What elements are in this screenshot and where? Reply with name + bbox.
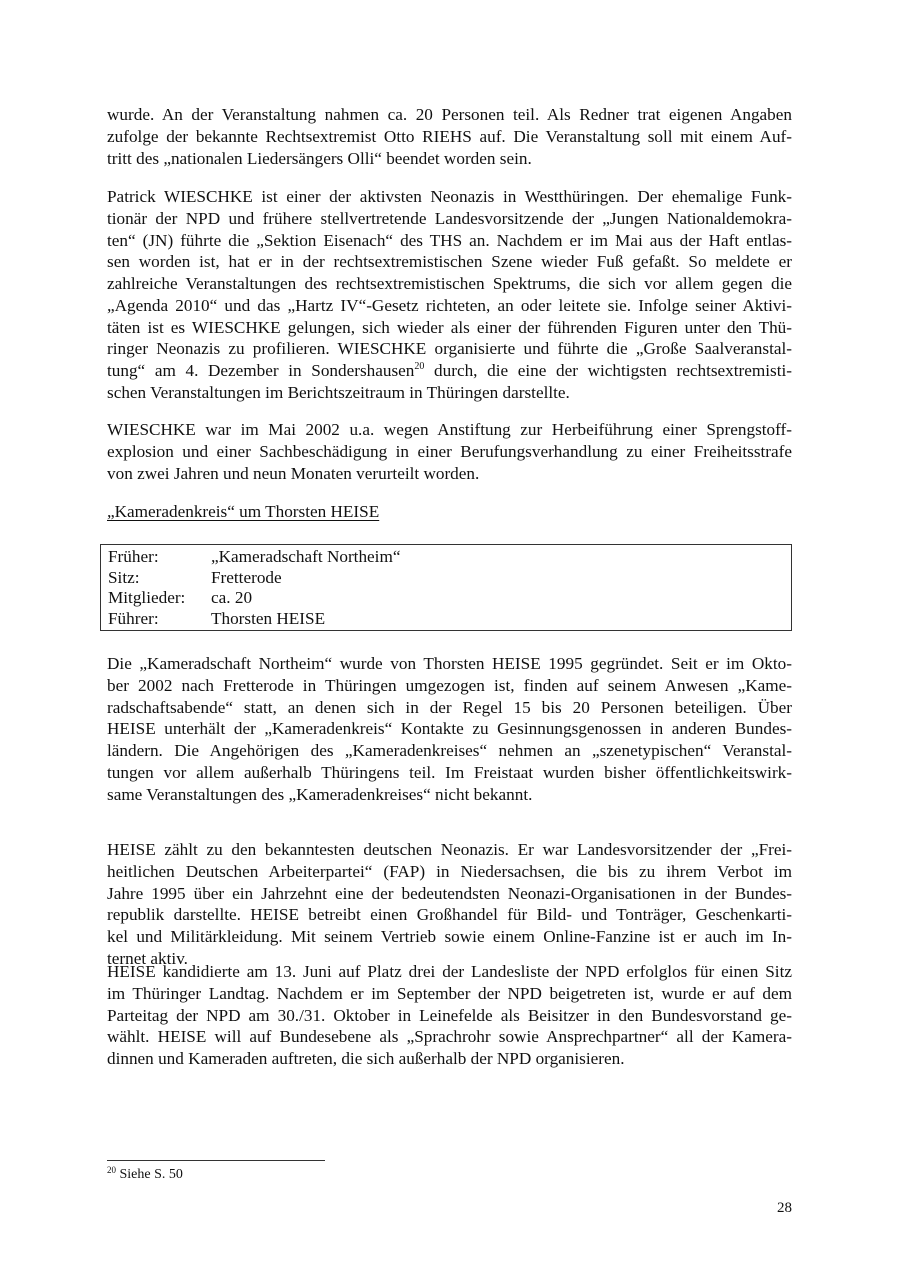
text-line: schen Veranstaltungen im Berichtszeitrau…: [107, 382, 792, 404]
text-line: im Thüringer Landtag. Nachdem er im Sept…: [107, 983, 792, 1005]
paragraph-kameradschaft-northeim: Die „Kameradschaft Northeim“ wurde von T…: [107, 653, 792, 805]
text-line: same Veranstaltungen des „Kameradenkreis…: [107, 784, 792, 806]
info-row-frueher: Früher: „Kameradschaft Northeim“: [108, 547, 791, 568]
text-line: wurde. An der Veranstaltung nahmen ca. 2…: [107, 104, 792, 126]
footnote-text: Siehe S. 50: [120, 1167, 183, 1182]
info-value: Fretterode: [211, 568, 791, 589]
footnote-number: 20: [107, 1165, 116, 1175]
text-line: ländern. Die Angehörigen des „Kameradenk…: [107, 740, 792, 762]
info-value: Thorsten HEISE: [211, 609, 791, 630]
text-line: ten“ (JN) führte die „Sektion Eisenach“ …: [107, 230, 792, 252]
text-line: Parteitag der NPD am 30./31. Oktober in …: [107, 1005, 792, 1027]
info-value: „Kameradschaft Northeim“: [211, 547, 791, 568]
text-line: Jahre 1995 über ein Jahrzehnt eine der b…: [107, 883, 792, 905]
info-key: Führer:: [108, 609, 211, 630]
page-number: 28: [777, 1198, 792, 1218]
text-line: dinnen und Kameraden auftreten, die sich…: [107, 1048, 792, 1070]
info-value: ca. 20: [211, 588, 791, 609]
footnote-separator: [107, 1160, 325, 1161]
text-line: zahlreiche Veranstaltungen des rechtsext…: [107, 273, 792, 295]
text-line: republik darstellte. HEISE betreibt eine…: [107, 904, 792, 926]
info-key: Früher:: [108, 547, 211, 568]
footnote-reference[interactable]: 20: [414, 361, 424, 372]
paragraph-heise-candidacy: HEISE kandidierte am 13. Juni auf Platz …: [107, 961, 792, 1070]
text-line: wählt. HEISE will auf Bundesebene als „S…: [107, 1026, 792, 1048]
text-line: täten ist es WIESCHKE gelungen, sich wie…: [107, 317, 792, 339]
text-line: heitlichen Deutschen Arbeiterpartei“ (FA…: [107, 861, 792, 883]
text-line: tungen vor allem außerhalb Thüringens te…: [107, 762, 792, 784]
text-line: tionär der NPD und frühere stellvertrete…: [107, 208, 792, 230]
info-key: Sitz:: [108, 568, 211, 589]
section-heading: „Kameradenkreis“ um Thorsten HEISE: [107, 501, 379, 523]
info-row-mitglieder: Mitglieder: ca. 20: [108, 588, 791, 609]
text-line: WIESCHKE war im Mai 2002 u.a. wegen Anst…: [107, 419, 792, 441]
info-row-fuehrer: Führer: Thorsten HEISE: [108, 609, 791, 630]
paragraph-wieschke-profile: Patrick WIESCHKE ist einer der aktivsten…: [107, 186, 792, 404]
footnote: 20 Siehe S. 50: [107, 1166, 183, 1184]
text-line: HEISE kandidierte am 13. Juni auf Platz …: [107, 961, 792, 983]
text-line: radschaftsabende“ statt, an denen sich i…: [107, 697, 792, 719]
text-line: zufolge der bekannte Rechtsextremist Ott…: [107, 126, 792, 148]
text-line: ber 2002 nach Fretterode in Thüringen um…: [107, 675, 792, 697]
text-line: tritt des „nationalen Liedersängers Olli…: [107, 148, 792, 170]
text-line: Patrick WIESCHKE ist einer der aktivsten…: [107, 186, 792, 208]
info-box: Früher: „Kameradschaft Northeim“ Sitz: F…: [100, 544, 792, 631]
paragraph-heise-background: HEISE zählt zu den bekanntesten deutsche…: [107, 839, 792, 970]
text-line: von zwei Jahren und neun Monaten verurte…: [107, 463, 792, 485]
text-line: „Agenda 2010“ und das „Hartz IV“-Gesetz …: [107, 295, 792, 317]
text-line: kel und Militärkleidung. Mit seinem Vert…: [107, 926, 792, 948]
text-line: tung“ am 4. Dezember in Sondershausen20 …: [107, 360, 792, 382]
text-line: ringer Neonazis zu profilieren. WIESCHKE…: [107, 338, 792, 360]
info-key: Mitglieder:: [108, 588, 211, 609]
text-line: Die „Kameradschaft Northeim“ wurde von T…: [107, 653, 792, 675]
text-line: sen worden ist, hat er in der rechtsextr…: [107, 251, 792, 273]
paragraph-wieschke-conviction: WIESCHKE war im Mai 2002 u.a. wegen Anst…: [107, 419, 792, 484]
text-line: HEISE zählt zu den bekanntesten deutsche…: [107, 839, 792, 861]
text-line: explosion und einer Sachbeschädigung in …: [107, 441, 792, 463]
paragraph-veranstaltung: wurde. An der Veranstaltung nahmen ca. 2…: [107, 104, 792, 169]
info-row-sitz: Sitz: Fretterode: [108, 568, 791, 589]
text-line: HEISE unterhält der „Kameradenkreis“ Kon…: [107, 718, 792, 740]
